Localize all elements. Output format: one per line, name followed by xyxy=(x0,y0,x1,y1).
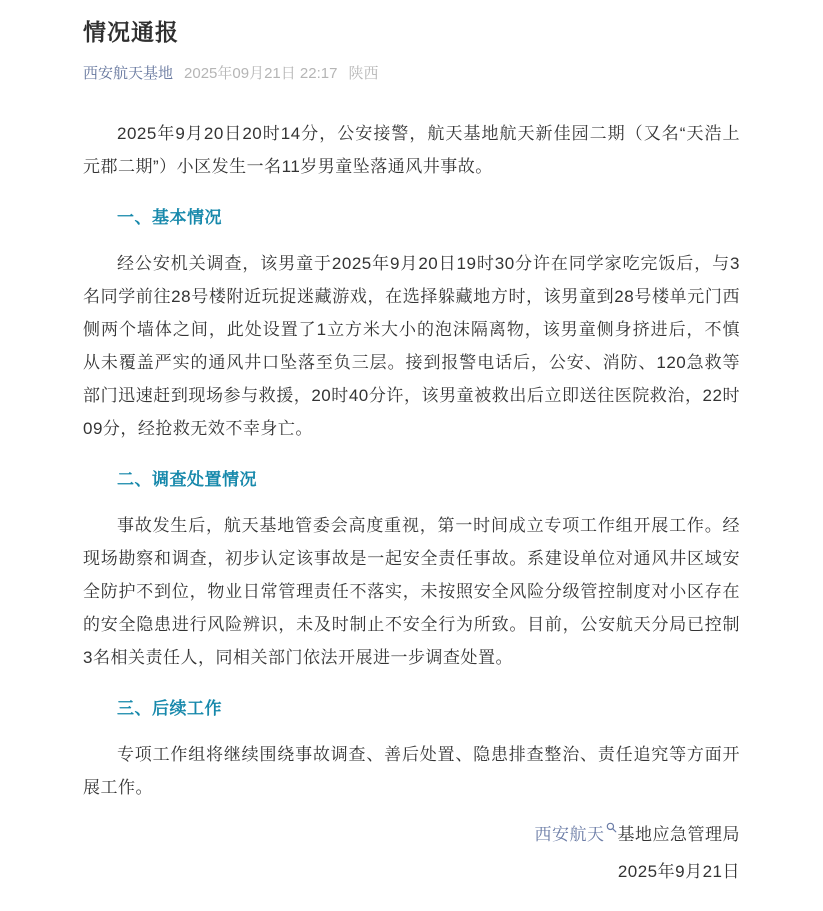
byline: 西安航天基地 2025年09月21日 22:17 陕西 xyxy=(83,62,740,83)
org-name-rest: 基地应急管理局 xyxy=(618,825,741,844)
org-search-link[interactable]: 西安航天 xyxy=(535,825,605,844)
author-account-link[interactable]: 西安航天基地 xyxy=(83,62,173,83)
search-icon[interactable] xyxy=(606,822,617,833)
page-title: 情况通报 xyxy=(83,14,740,47)
section-body-follow-up: 专项工作组将继续围绕事故调查、善后处置、隐患排查整治、责任追究等方面开展工作。 xyxy=(83,738,740,804)
section-heading-investigation: 二、调查处置情况 xyxy=(83,463,740,496)
publish-location: 陕西 xyxy=(348,62,378,83)
signature-org-line: 西安航天基地应急管理局 xyxy=(83,818,740,851)
publish-datetime: 2025年09月21日 22:17 xyxy=(184,62,337,83)
section-body-basic-situation: 经公安机关调查，该男童于2025年9月20日19时30分许在同学家吃完饭后，与3… xyxy=(83,247,740,445)
notice-article: 情况通报 西安航天基地 2025年09月21日 22:17 陕西 2025年9月… xyxy=(0,0,823,888)
section-body-investigation: 事故发生后，航天基地管委会高度重视，第一时间成立专项工作组开展工作。经现场勘察和… xyxy=(83,509,740,674)
signature-date: 2025年9月21日 xyxy=(83,855,740,888)
section-heading-basic-situation: 一、基本情况 xyxy=(83,201,740,234)
signature-block: 西安航天基地应急管理局 2025年9月21日 xyxy=(83,818,740,888)
section-heading-follow-up: 三、后续工作 xyxy=(83,692,740,725)
intro-paragraph: 2025年9月20日20时14分，公安接警，航天基地航天新佳园二期（又名“天浩上… xyxy=(83,117,740,183)
